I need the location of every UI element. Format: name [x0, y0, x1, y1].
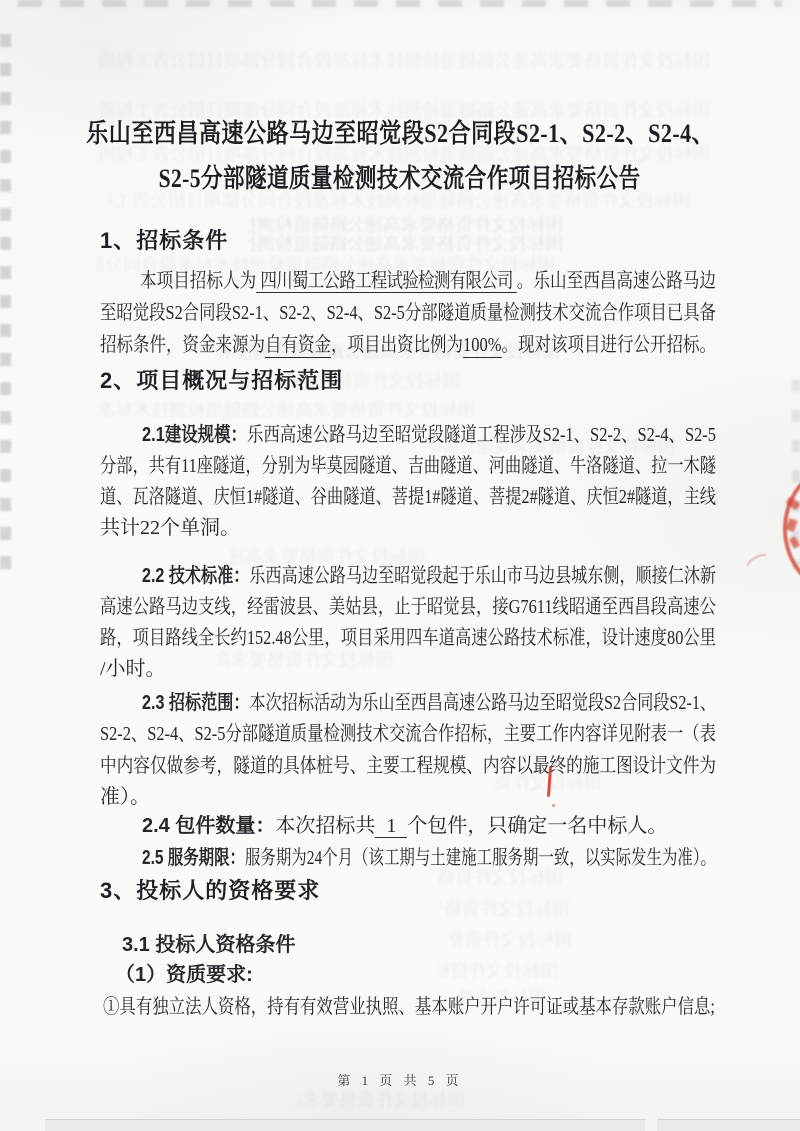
clause-2-3-line-4: 准）。 [100, 784, 150, 810]
funding-ratio-underlined: 100% [463, 334, 502, 358]
clause-2-1-line-4: 共计22个单洞。 [100, 515, 240, 541]
clause-2-2-line-2: 高速公路马边支线，经雷波县、美姑县，止于昭觉县，接G7611线昭通至西昌段高速公 [100, 594, 800, 620]
bleedthrough-line: 围标投文件资格要求高速公路隧道检测技术标准段合同分部项目招公告工程质量交流合作范… [248, 233, 563, 255]
clause-2-5-line: 2.5 服务期限：服务期为24个月（该工期与土建施工服务期一致，以实际发生为准）… [142, 845, 800, 871]
clause-2-1-line-3: 道、瓦洛隧道、庆恒1#隧道、谷曲隧道、菩提1#隧道、菩提2#隧道、庆恒2#隧道，… [100, 484, 800, 510]
section-1-heading: 1、招标条件 [100, 228, 228, 254]
clause-2-3-line-2: S2-2、S2-4、S2-5分部隧道质量检测技术交流合作招标，主要工作内容详见附… [100, 721, 800, 747]
scan-edge-gap [0, 1119, 45, 1131]
bleedthrough-line: 围标投文件资格要求高速公路隧道检测技术标准段合同分部项目招公告工程质量交流合作范… [95, 399, 475, 421]
bleedthrough-line: 围标投文件资格要求高速公路隧道检测技术标准段合同分部项目招公告工程质量交流合作范… [440, 960, 558, 982]
tenderer-name-underlined: 四川蜀工公路工程试验检测有限公司 [256, 270, 517, 293]
bleedthrough-line: 围标投文件资格要求高速公路隧道检测技术标准段合同分部项目招公告工程质量交流合作范… [95, 50, 710, 72]
funding-source-underlined: 自有资金 [265, 334, 331, 358]
document-title-line-1: 乐山至西昌高速公路马边至昭觉段S2合同段S2-1、S2-2、S2-4、 [0, 121, 800, 147]
clause-2-3-line-1: 2.3 招标范围：本次招标活动为乐山至西昌高速公路马边至昭觉段S2合同段S2-1… [142, 690, 800, 716]
clause-2-1-line-1: 2.1建设规模：乐西高速公路马边至昭觉段隧道工程涉及S2-1、S2-2、S2-4… [142, 422, 800, 448]
paragraph-1-line-3: 招标条件，资金来源为自有资金，项目出资比例为100%。现对该项目进行公开招标。 [100, 332, 800, 358]
scan-artifact-left-edge [0, 34, 11, 570]
paragraph-1-line-1: 本项目招标人为四川蜀工公路工程试验检测有限公司。乐山至西昌高速公路马边 [140, 268, 800, 294]
clause-3-1-heading: 3.1 投标人资格条件 [122, 932, 295, 958]
clause-2-1-line-2: 分部，共有11座隧道，分别为毕莫园隧道、吉曲隧道、河曲隧道、牛洛隧道、拉一木隧 [100, 453, 800, 479]
paragraph-1-line-2: 至昭觉段S2合同段S2-1、S2-2、S2-4、S2-5分部隧道质量检测技术交流… [100, 300, 800, 326]
clause-2-4-line: 2.4 包件数量：本次招标共1个包件，只确定一名中标人。 [142, 813, 667, 839]
clause-2-2-label: 2.2 技术标准： [142, 565, 249, 587]
section-3-heading: 3、投标人的资格要求 [100, 878, 320, 904]
clause-2-2-line-1: 2.2 技术标准：乐西高速公路马边至昭觉段起于乐山市马边县城东侧，顺接仁沐新 [142, 563, 800, 589]
clause-2-2-line-4: /小时。 [100, 656, 166, 682]
clause-3-1-1-heading: （1）资质要求: [115, 962, 253, 988]
clause-2-3-label: 2.3 招标范围： [142, 692, 249, 714]
bleedthrough-line: 围标投文件资格要求高速公路隧道检测技术标准段合同分部项目招公告工程质量交流合作范… [440, 898, 570, 920]
qualification-item-1: ①具有独立法人资格，持有有效营业执照、基本账户开户许可证或基本存款账户信息; [103, 994, 800, 1020]
scan-artifact-top-edge [18, 0, 782, 7]
clause-2-2-line-3: 路，项目路线全长约152.48公里，项目采用四车道高速公路技术标准，设计速度80… [100, 625, 800, 651]
bleedthrough-line: 围标投文件资格要求高速公路隧道检测技术标准段合同分部项目招公告工程质量交流合作范… [218, 649, 393, 671]
red-pen-speck [552, 804, 555, 807]
clause-2-5-label: 2.5 服务期限： [142, 847, 245, 869]
clause-2-4-label: 2.4 包件数量： [142, 815, 275, 837]
page-number: 第 1 页 共 5 页 [0, 1066, 800, 1092]
clause-2-3-line-3: 中内容仅做参考，隧道的具体桩号、主要工程规模、内容以最终的施工图设计文件为 [100, 753, 800, 779]
clause-2-1-label: 2.1建设规模： [142, 424, 247, 446]
scan-edge-shadow [0, 1119, 800, 1131]
bleedthrough-line: 围标投文件资格要求高速公路隧道检测技术标准段合同分部项目招公告工程质量交流合作范… [450, 929, 572, 951]
scan-edge-gap [645, 1119, 657, 1131]
document-title-line-2: S2-5分部隧道质量检测技术交流合作项目招标公告 [0, 166, 800, 192]
package-count-underlined: 1 [375, 815, 407, 838]
bleedthrough-line: 围标投文件资格要求高速公路隧道检测技术标准段合同分部项目招公告工程质量交流合作范… [110, 190, 690, 212]
scanned-document-page: 围标投文件资格要求高速公路隧道检测技术标准段合同分部项目招公告工程质量交流合作范… [0, 0, 800, 1131]
section-2-heading: 2、项目概况与招标范围 [100, 368, 343, 394]
